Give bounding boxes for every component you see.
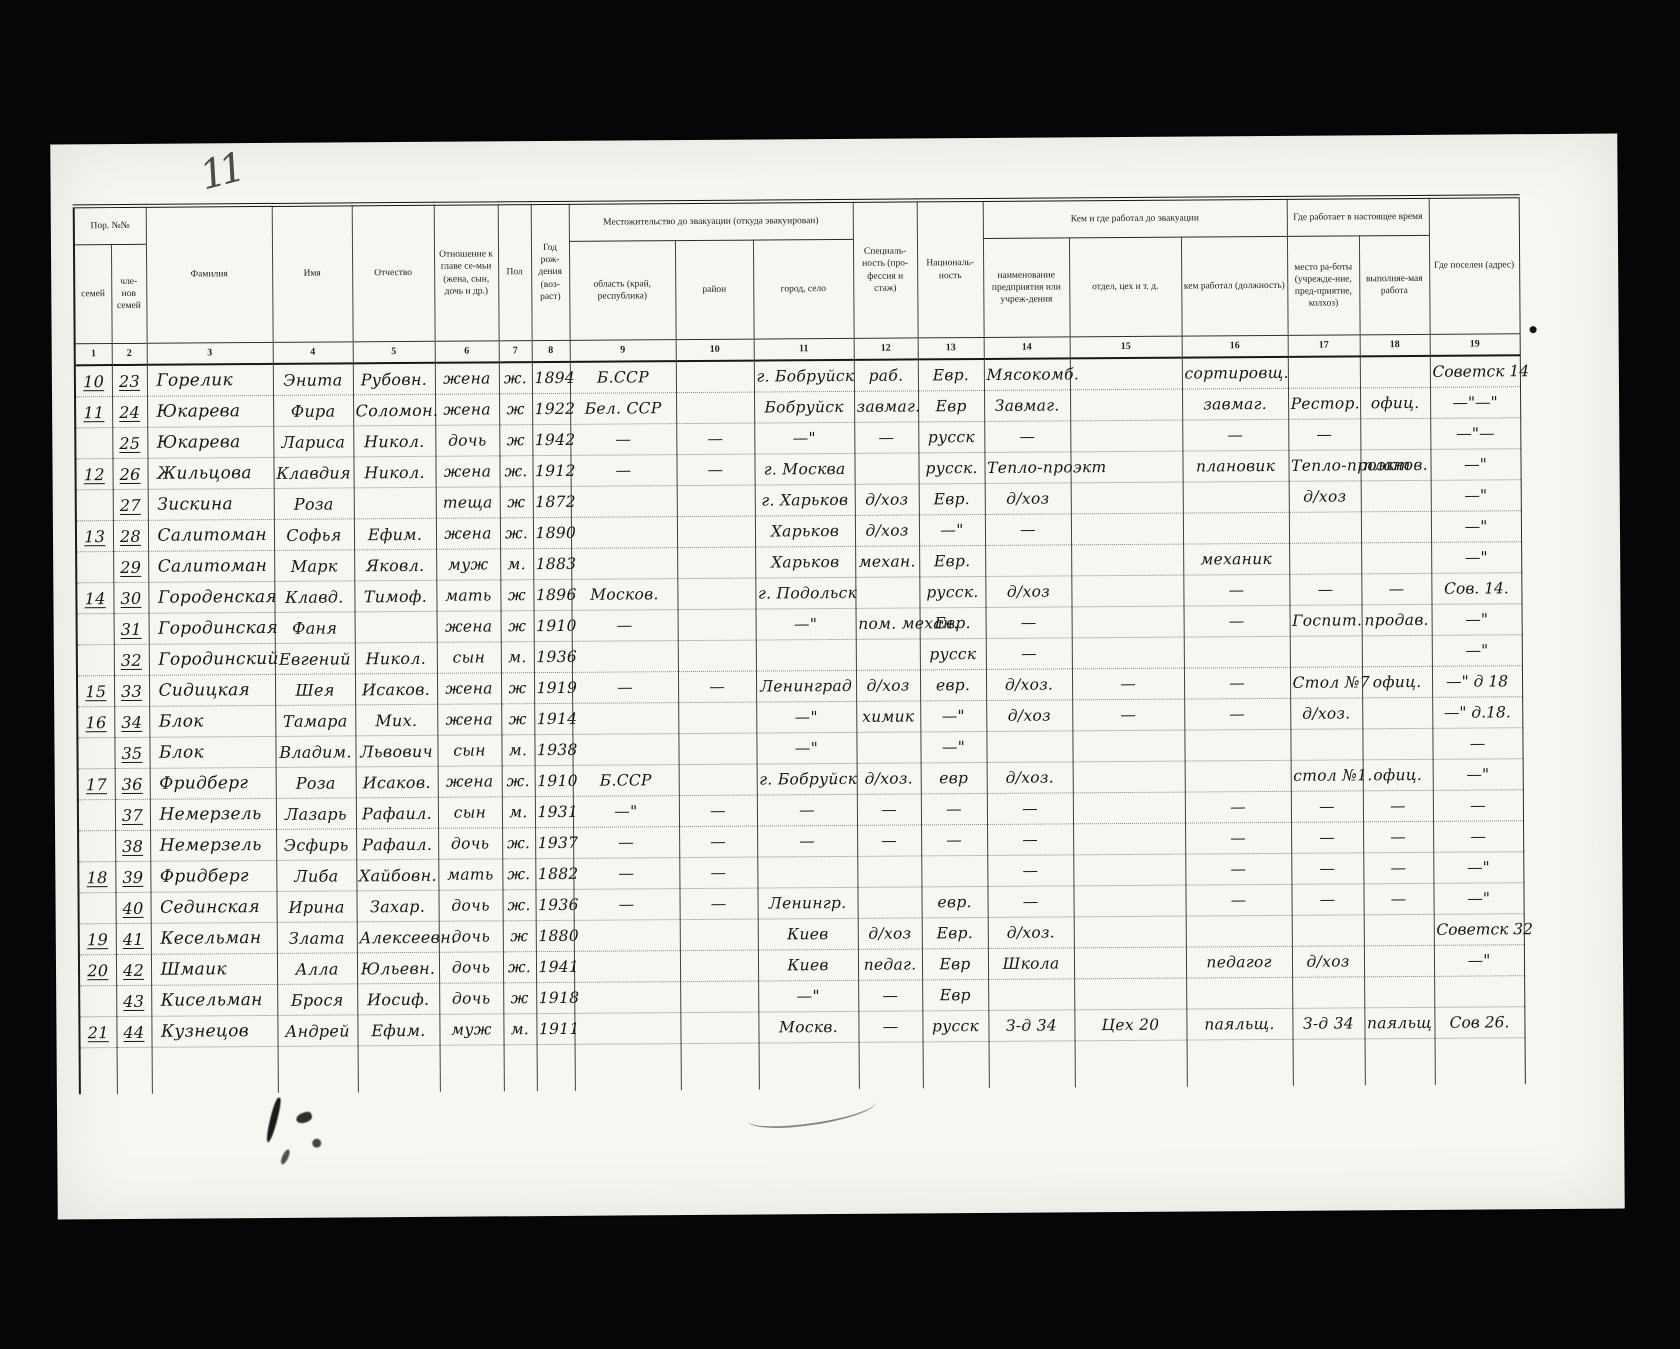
cell: Брося bbox=[277, 984, 357, 1016]
cell: Ефим. bbox=[354, 518, 436, 550]
cell: — bbox=[676, 423, 754, 455]
cell: евр. bbox=[922, 886, 988, 917]
cell: 1936 bbox=[535, 889, 573, 920]
paper-sheet: 11 Пор. №№ Фамилия Имя Отчество Отношени… bbox=[50, 134, 1624, 1220]
cell: Тимоф. bbox=[354, 580, 436, 612]
header-kem: кем работал (должность) bbox=[1181, 236, 1288, 336]
cell bbox=[79, 986, 116, 1017]
cell bbox=[680, 950, 758, 982]
cell: — bbox=[1184, 667, 1290, 699]
cell: Кузнецов bbox=[151, 1015, 277, 1047]
cell bbox=[77, 645, 114, 676]
cell: Рафаил. bbox=[356, 828, 438, 860]
cell bbox=[1360, 356, 1430, 388]
empty-cell bbox=[1293, 1039, 1365, 1086]
cell: 37 bbox=[115, 799, 150, 830]
empty-cell bbox=[117, 1047, 152, 1094]
cell: Бобруйск bbox=[754, 391, 854, 423]
cell bbox=[1290, 729, 1362, 761]
cell: — bbox=[1291, 853, 1363, 885]
cell: Городинский bbox=[149, 643, 275, 675]
empty-cell bbox=[440, 1045, 504, 1092]
cell: Сединская bbox=[150, 891, 276, 923]
empty-cell bbox=[1075, 1040, 1187, 1087]
cell: Б.ССР bbox=[573, 765, 679, 797]
cell: русск. bbox=[918, 452, 984, 483]
cell: — bbox=[1185, 822, 1291, 854]
cell: 25 bbox=[112, 427, 147, 458]
cell: Жильцова bbox=[147, 457, 273, 489]
cell: Городинская bbox=[149, 612, 275, 644]
cell: сортировщ. bbox=[1182, 357, 1288, 389]
cell: Сидицкая bbox=[149, 674, 275, 706]
cell: ж. bbox=[499, 362, 532, 394]
cell: Ирина bbox=[276, 891, 356, 923]
empty-cell bbox=[358, 1045, 440, 1092]
column-number: 7 bbox=[499, 341, 532, 363]
cell: — bbox=[1289, 574, 1361, 606]
column-number: 11 bbox=[754, 338, 854, 360]
header-por-group: Пор. №№ bbox=[74, 206, 146, 245]
cell: — bbox=[570, 424, 676, 456]
cell bbox=[1290, 636, 1362, 668]
cell bbox=[78, 893, 115, 924]
cell: — bbox=[1292, 884, 1364, 916]
cell: русск bbox=[918, 421, 984, 452]
cell bbox=[574, 951, 680, 983]
cell: — bbox=[1288, 419, 1360, 451]
cell: — bbox=[984, 421, 1070, 453]
cell: паяльщ. bbox=[1186, 1008, 1292, 1040]
cell: д/хоз bbox=[985, 483, 1071, 515]
cell: — bbox=[678, 671, 756, 703]
pen-mark: 11 bbox=[195, 145, 244, 199]
cell: Мясокомб. bbox=[984, 358, 1070, 390]
cell: — bbox=[857, 794, 921, 825]
cell: — bbox=[1185, 884, 1291, 916]
cell bbox=[856, 639, 920, 670]
cell: плановик bbox=[1182, 450, 1288, 482]
cell bbox=[574, 1013, 680, 1045]
cell bbox=[355, 611, 437, 643]
cell: Софья bbox=[274, 519, 354, 551]
cell bbox=[571, 548, 677, 580]
cell bbox=[854, 453, 918, 484]
cell: — bbox=[1363, 821, 1433, 852]
cell: д/хоз. bbox=[986, 669, 1072, 701]
cell: Евр bbox=[918, 390, 984, 421]
cell bbox=[1073, 854, 1185, 886]
cell: 34 bbox=[114, 706, 149, 737]
cell: — bbox=[987, 824, 1073, 856]
cell: жена bbox=[435, 456, 499, 487]
cell: паяльщ bbox=[1364, 1007, 1434, 1038]
cell: г. Бобруйск bbox=[757, 763, 857, 795]
cell: м. bbox=[502, 797, 535, 828]
cell bbox=[680, 1012, 758, 1044]
cell bbox=[986, 731, 1072, 763]
cell: — bbox=[1361, 573, 1431, 604]
cell bbox=[988, 979, 1074, 1011]
cell: Марк bbox=[274, 550, 354, 582]
cell bbox=[677, 547, 755, 579]
cell: 18 bbox=[78, 862, 115, 893]
cell: Захар. bbox=[356, 890, 438, 922]
empty-cell bbox=[537, 1044, 575, 1091]
cell: — bbox=[757, 825, 857, 857]
cell: Киев bbox=[758, 918, 858, 950]
cell bbox=[1360, 418, 1430, 449]
cell: —" bbox=[920, 731, 986, 762]
empty-row bbox=[80, 1038, 1525, 1095]
cell: — bbox=[1182, 419, 1288, 451]
cell: Завмаг. bbox=[984, 390, 1070, 422]
cell: завмаг. bbox=[854, 391, 918, 422]
cell: д/хоз bbox=[855, 515, 919, 546]
cell bbox=[571, 486, 677, 518]
cell: ж. bbox=[502, 828, 535, 859]
cell: 23 bbox=[112, 365, 147, 397]
cell bbox=[1070, 358, 1182, 390]
cell: д/хоз. bbox=[987, 762, 1073, 794]
cell: — bbox=[1291, 822, 1363, 854]
cell bbox=[1434, 976, 1524, 1008]
cell: 39 bbox=[115, 861, 150, 892]
cell: Энита bbox=[273, 363, 353, 395]
column-number: 1 bbox=[75, 344, 112, 366]
cell bbox=[1364, 914, 1434, 945]
empty-cell bbox=[278, 1046, 358, 1093]
cell bbox=[1183, 512, 1289, 544]
cell: дочь bbox=[435, 425, 499, 456]
cell: —" bbox=[1432, 635, 1522, 667]
cell bbox=[1070, 389, 1182, 421]
column-number: 17 bbox=[1288, 335, 1360, 357]
column-number: 5 bbox=[353, 341, 435, 363]
cell bbox=[78, 831, 115, 862]
cell bbox=[678, 733, 756, 765]
cell bbox=[1073, 792, 1185, 824]
column-number: 13 bbox=[918, 337, 984, 359]
cell: —" bbox=[920, 700, 986, 731]
cell: 1941 bbox=[536, 951, 574, 982]
cell: Стол №7 bbox=[1290, 667, 1362, 699]
cell: офиц. bbox=[1362, 666, 1432, 697]
cell: Евгений bbox=[275, 643, 355, 675]
cell: 35 bbox=[114, 737, 149, 768]
cell: — bbox=[679, 826, 757, 858]
cell: 1880 bbox=[536, 920, 574, 951]
column-number: 3 bbox=[147, 342, 273, 364]
cell: 21 bbox=[79, 1017, 116, 1048]
cell: ж bbox=[499, 425, 532, 456]
cell: Тамара bbox=[275, 705, 355, 737]
cell: завмаг. bbox=[1182, 388, 1288, 420]
cell: ж. bbox=[502, 890, 535, 921]
cell: Немерзель bbox=[150, 798, 276, 830]
cell: — bbox=[1184, 698, 1290, 730]
cell: — bbox=[1433, 790, 1523, 822]
column-number: 10 bbox=[676, 339, 754, 361]
cell bbox=[1362, 697, 1432, 728]
header-gorod: город, село bbox=[753, 239, 854, 339]
cell bbox=[1074, 947, 1186, 979]
header-otchestvo: Отчество bbox=[352, 204, 435, 342]
header-imya: Имя bbox=[272, 204, 353, 342]
cell: офиц. bbox=[1360, 387, 1430, 418]
cell: планов. bbox=[1360, 449, 1430, 480]
cell bbox=[76, 490, 113, 521]
cell: Евр. bbox=[918, 359, 984, 391]
ink-smudge bbox=[252, 1090, 373, 1181]
cell: — bbox=[1363, 852, 1433, 883]
cell: 17 bbox=[78, 769, 115, 800]
cell: 1922 bbox=[532, 393, 570, 424]
cell: —" bbox=[1431, 480, 1521, 512]
cell: З-д 34 bbox=[988, 1010, 1074, 1042]
cell bbox=[677, 485, 755, 517]
cell: 14 bbox=[76, 583, 113, 614]
cell bbox=[1364, 976, 1434, 1007]
cell: 19 bbox=[79, 924, 116, 955]
header-familia: Фамилия bbox=[146, 205, 273, 343]
cell: Шея bbox=[275, 674, 355, 706]
cell: 1931 bbox=[535, 796, 573, 827]
cell bbox=[1074, 916, 1186, 948]
cell: 29 bbox=[113, 551, 148, 582]
cell: Блок bbox=[149, 736, 275, 768]
cell: 24 bbox=[112, 396, 147, 427]
cell: —"—" bbox=[1430, 387, 1520, 419]
cell: — bbox=[679, 857, 757, 889]
cell: ж. bbox=[502, 859, 535, 890]
cell bbox=[1292, 915, 1364, 947]
cell: Соломон. bbox=[353, 394, 435, 426]
cell bbox=[679, 764, 757, 796]
cell bbox=[680, 919, 758, 951]
cell: жена bbox=[436, 518, 500, 549]
cell: —" bbox=[756, 701, 856, 733]
cell bbox=[1364, 945, 1434, 976]
header-mesto-group: Местожительство до эвакуации (откуда эва… bbox=[569, 201, 853, 241]
empty-cell bbox=[923, 1041, 989, 1088]
cell: — bbox=[1433, 821, 1523, 853]
cell: —" bbox=[756, 608, 856, 640]
cell: —" bbox=[1433, 852, 1523, 884]
cell: Школа bbox=[988, 948, 1074, 980]
empty-cell bbox=[1435, 1038, 1525, 1085]
cell: пом. механ. bbox=[856, 608, 920, 639]
cell: м. bbox=[501, 642, 534, 673]
cell: 32 bbox=[114, 644, 149, 675]
scanned-page: { "page": { "background": "#060606", "pa… bbox=[0, 0, 1680, 1349]
cell: педаг. bbox=[858, 949, 922, 980]
cell: —" bbox=[1433, 759, 1523, 791]
cell bbox=[1184, 729, 1290, 761]
cell: Юкарева bbox=[147, 395, 273, 427]
cell: 1896 bbox=[533, 579, 571, 610]
cell: Блок bbox=[149, 705, 275, 737]
cell: Зискина bbox=[148, 488, 274, 520]
cell bbox=[858, 887, 922, 918]
cell bbox=[856, 732, 920, 763]
header-poselen: Где поселен (адрес) bbox=[1429, 196, 1520, 334]
cell: Фридберг bbox=[150, 767, 276, 799]
cell: сын bbox=[437, 735, 501, 766]
cell: —" bbox=[1434, 883, 1524, 915]
cell: Москв. bbox=[758, 1011, 858, 1043]
cell: Андрей bbox=[277, 1015, 357, 1047]
cell: 44 bbox=[116, 1016, 151, 1047]
cell bbox=[572, 703, 678, 735]
cell bbox=[1184, 636, 1290, 668]
cell: д/хоз bbox=[858, 918, 922, 949]
header-semey: семей bbox=[74, 245, 112, 344]
header-chlenov: чле-нов семей bbox=[111, 244, 147, 343]
empty-cell bbox=[859, 1042, 923, 1089]
cell bbox=[1361, 480, 1431, 511]
cell: — bbox=[986, 607, 1072, 639]
cell bbox=[1071, 544, 1183, 576]
cell: — bbox=[857, 825, 921, 856]
cell bbox=[677, 578, 755, 610]
cell: жена bbox=[435, 394, 499, 425]
cell: 1910 bbox=[535, 765, 573, 796]
cell: ж bbox=[500, 487, 533, 518]
cell: — bbox=[570, 455, 676, 487]
column-number: 18 bbox=[1360, 334, 1430, 356]
cell: д/хоз. bbox=[988, 917, 1074, 949]
cell: Исаков. bbox=[356, 766, 438, 798]
cell: — bbox=[1291, 791, 1363, 823]
column-number: 8 bbox=[532, 340, 570, 362]
cell: 41 bbox=[116, 923, 151, 954]
ink-scribble bbox=[746, 1090, 878, 1132]
cell: Роза bbox=[274, 488, 354, 520]
cell: Яковл. bbox=[354, 549, 436, 581]
cell: д/хоз bbox=[1292, 946, 1364, 978]
empty-cell bbox=[681, 1043, 759, 1090]
column-number: 6 bbox=[435, 341, 499, 363]
cell: Эсфирь bbox=[276, 829, 356, 861]
cell: м. bbox=[501, 735, 534, 766]
cell: — bbox=[921, 824, 987, 855]
column-number: 15 bbox=[1070, 336, 1182, 358]
cell: —" bbox=[1430, 449, 1520, 481]
cell: — bbox=[987, 793, 1073, 825]
header-vypoln: выполняе-мая работа bbox=[1359, 235, 1430, 334]
cell: Фира bbox=[273, 395, 353, 427]
header-pol: Пол bbox=[498, 203, 532, 341]
header-otnoshenie: Отношение к главе се-мьи (жена, сын, доч… bbox=[434, 203, 499, 341]
registration-table: Пор. №№ Фамилия Имя Отчество Отношение к… bbox=[73, 194, 1526, 1094]
cell: ж bbox=[501, 673, 534, 704]
cell: 1918 bbox=[536, 982, 574, 1013]
cell: г. Москва bbox=[754, 453, 854, 485]
cell: Рестор. bbox=[1288, 388, 1360, 420]
column-number: 2 bbox=[112, 343, 147, 365]
cell bbox=[1072, 637, 1184, 669]
cell: жена bbox=[438, 766, 502, 797]
cell: Евр. bbox=[919, 483, 985, 514]
header-kem-group: Кем и где работал до эвакуации bbox=[983, 198, 1287, 239]
cell: 36 bbox=[115, 768, 150, 799]
cell: —" bbox=[756, 732, 856, 764]
cell: д/хоз bbox=[855, 484, 919, 515]
cell: 1872 bbox=[533, 486, 571, 517]
cell: Злата bbox=[277, 922, 357, 954]
header-predpr: наименование предприятия или учреж-дения bbox=[983, 238, 1070, 338]
cell: Алексеевн. bbox=[357, 921, 439, 953]
cell: Салитоман bbox=[148, 550, 274, 582]
cell: Цех 20 bbox=[1074, 1009, 1186, 1041]
cell: 40 bbox=[115, 892, 150, 923]
cell: Ефим. bbox=[357, 1014, 439, 1046]
cell bbox=[680, 981, 758, 1013]
cell: — bbox=[757, 794, 857, 826]
cell bbox=[572, 734, 678, 766]
cell: Клавд. bbox=[274, 581, 354, 613]
cell bbox=[1073, 761, 1185, 793]
cell: 26 bbox=[112, 458, 147, 489]
cell bbox=[678, 640, 756, 672]
cell: Городенская bbox=[148, 581, 274, 613]
cell: 30 bbox=[113, 582, 148, 613]
cell: —" д.18. bbox=[1432, 697, 1522, 729]
cell: Львович bbox=[355, 735, 437, 767]
cell: 13 bbox=[76, 521, 113, 552]
cell: — bbox=[988, 886, 1074, 918]
cell: 15 bbox=[77, 676, 114, 707]
table-body: 1023ГореликЭнитаРубовн.женаж.1894Б.ССРг.… bbox=[75, 355, 1525, 1094]
cell: — bbox=[985, 514, 1071, 546]
empty-cell bbox=[1365, 1038, 1435, 1085]
cell: Салитоман bbox=[148, 519, 274, 551]
cell: 1919 bbox=[534, 672, 572, 703]
cell: г. Харьков bbox=[755, 484, 855, 516]
cell: 1936 bbox=[534, 641, 572, 672]
cell bbox=[1362, 728, 1432, 759]
cell bbox=[1071, 575, 1183, 607]
cell bbox=[1362, 635, 1432, 666]
cell: Ленингр. bbox=[757, 887, 857, 919]
cell: 11 bbox=[75, 397, 112, 428]
cell: Киев bbox=[758, 949, 858, 981]
cell: Харьков bbox=[755, 546, 855, 578]
cell: Тепло-проэкт bbox=[984, 452, 1070, 484]
cell: педагог bbox=[1186, 946, 1292, 978]
cell bbox=[857, 856, 921, 887]
cell: — bbox=[573, 858, 679, 890]
cell: Никол. bbox=[355, 642, 437, 674]
cell: —" bbox=[1431, 511, 1521, 543]
cell: ж bbox=[501, 611, 534, 642]
empty-cell bbox=[1187, 1039, 1293, 1086]
cell: —" bbox=[573, 796, 679, 828]
cell bbox=[678, 609, 756, 641]
cell bbox=[78, 800, 115, 831]
cell bbox=[1361, 511, 1431, 542]
cell: Госпит. bbox=[1290, 605, 1362, 637]
cell: сын bbox=[438, 797, 502, 828]
cell: Роза bbox=[276, 767, 356, 799]
cell: 38 bbox=[115, 830, 150, 861]
cell: — bbox=[1183, 574, 1289, 606]
cell: ж. bbox=[500, 518, 533, 549]
cell: ж. bbox=[499, 456, 532, 487]
cell bbox=[676, 392, 754, 424]
cell: дочь bbox=[438, 890, 502, 921]
